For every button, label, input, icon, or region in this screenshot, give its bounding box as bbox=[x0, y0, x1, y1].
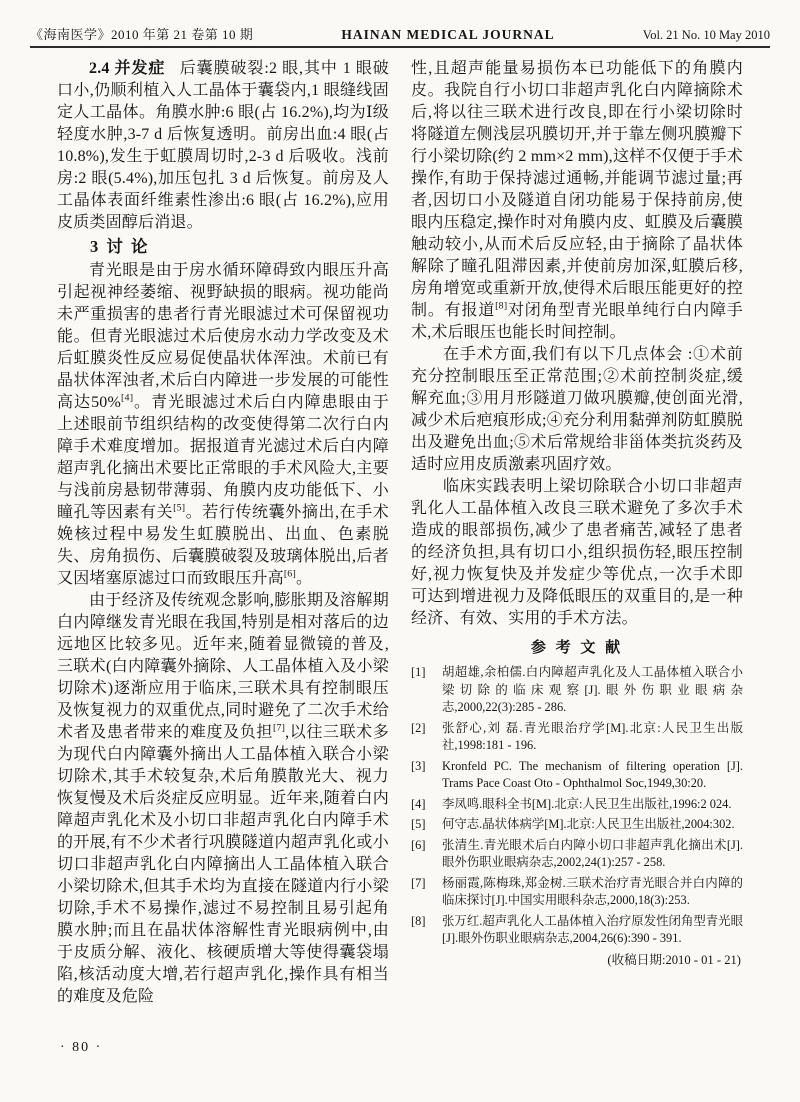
discussion-paragraph-2: 由于经济及传统观念影响,膨胀期及溶解期白内障继发青光眼在我国,特别是相对落后的边… bbox=[57, 590, 389, 1008]
reference-number: [5] bbox=[411, 816, 433, 834]
reference-number: [3] bbox=[411, 758, 433, 793]
received-date: (收稿日期:2010 - 01 - 21) bbox=[411, 951, 741, 969]
reference-text: 何守志.晶状体病学[M].北京:人民卫生出版社,2004:302. bbox=[442, 816, 743, 834]
discussion-paragraph-1: 青光眼是由于房水循环障碍致内眼压升高引起视神经萎缩、视野缺损的眼病。视功能尚未严… bbox=[57, 260, 389, 590]
header-divider bbox=[30, 46, 770, 48]
journal-issue-cn: 《海南医学》2010 年第 21 卷第 10 期 bbox=[30, 24, 253, 43]
reference-text: 杨丽霞,陈梅珠,郑金树.三联术治疗青光眼合并白内障的临床探讨[J].中国实用眼科… bbox=[442, 875, 743, 910]
reference-item: [3]Kronfeld PC. The mechanism of filteri… bbox=[411, 758, 743, 793]
reference-number: [4] bbox=[411, 796, 433, 814]
reference-text: 张清生.青光眼术后白内障小切口非超声乳化摘出术[J].眼外伤职业眼病杂志,200… bbox=[442, 837, 743, 872]
section-2-4-label: 2.4 并发症 bbox=[89, 60, 165, 77]
reference-item: [4]李凤鸣.眼科全书[M].北京:人民卫生出版社,1996:2 024. bbox=[411, 796, 743, 814]
references-list: [1]胡超雄,余柏儒.白内障超声乳化及人工晶体植入联合小梁切除的临床观察[J].… bbox=[411, 664, 743, 948]
reference-number: [1] bbox=[411, 664, 433, 717]
reference-item: [1]胡超雄,余柏儒.白内障超声乳化及人工晶体植入联合小梁切除的临床观察[J].… bbox=[411, 664, 743, 717]
reference-text: Kronfeld PC. The mechanism of filtering … bbox=[442, 758, 743, 793]
surgical-points-paragraph: 在手术方面,我们有以下几点体会 :①术前充分控制眼压至正常范围;②术前控制炎症,… bbox=[411, 344, 743, 476]
page-number: · 80 · bbox=[60, 1040, 102, 1056]
journal-page: 《海南医学》2010 年第 21 卷第 10 期 HAINAN MEDICAL … bbox=[0, 0, 800, 1102]
left-column: 2.4 并发症后囊膜破裂:2 眼,其中 1 眼破口小,仍顺利植入人工晶体于囊袋内… bbox=[57, 58, 389, 1008]
reference-number: [7] bbox=[411, 875, 433, 910]
journal-volume-info: Vol. 21 No. 10 May 2010 bbox=[643, 28, 770, 43]
reference-text: 胡超雄,余柏儒.白内障超声乳化及人工晶体植入联合小梁切除的临床观察[J].眼外伤… bbox=[442, 664, 743, 717]
reference-item: [8]张万红.超声乳化人工晶体植入治疗原发性闭角型青光眼[J].眼外伤职业眼病杂… bbox=[411, 913, 743, 948]
right-column: 性,且超声能量易损伤本已功能低下的角膜内皮。我院自行小切口非超声乳化白内障摘除术… bbox=[411, 58, 743, 1008]
page-header: 《海南医学》2010 年第 21 卷第 10 期 HAINAN MEDICAL … bbox=[30, 24, 770, 43]
reference-item: [7]杨丽霞,陈梅珠,郑金树.三联术治疗青光眼合并白内障的临床探讨[J].中国实… bbox=[411, 875, 743, 910]
complications-paragraph: 2.4 并发症后囊膜破裂:2 眼,其中 1 眼破口小,仍顺利植入人工晶体于囊袋内… bbox=[57, 58, 389, 234]
reference-item: [5]何守志.晶状体病学[M].北京:人民卫生出版社,2004:302. bbox=[411, 816, 743, 834]
reference-text: 张万红.超声乳化人工晶体植入治疗原发性闭角型青光眼[J].眼外伤职业眼病杂志,2… bbox=[442, 913, 743, 948]
complications-text: 后囊膜破裂:2 眼,其中 1 眼破口小,仍顺利植入人工晶体于囊袋内,1 眼缝线固… bbox=[57, 60, 389, 231]
discussion-paragraph-2-continued: 性,且超声能量易损伤本已功能低下的角膜内皮。我院自行小切口非超声乳化白内障摘除术… bbox=[411, 58, 743, 344]
clinical-summary-paragraph: 临床实践表明上梁切除联合小切口非超声乳化人工晶体植入改良三联术避免了多次手术造成… bbox=[411, 476, 743, 630]
reference-number: [8] bbox=[411, 913, 433, 948]
reference-number: [2] bbox=[411, 720, 433, 755]
discussion-heading: 3 讨 论 bbox=[57, 236, 389, 258]
reference-number: [6] bbox=[411, 837, 433, 872]
references-heading: 参 考 文 献 bbox=[411, 638, 743, 658]
reference-item: [2]张舒心,刘 磊.青光眼治疗学[M].北京:人民卫生出版社,1998:181… bbox=[411, 720, 743, 755]
reference-text: 李凤鸣.眼科全书[M].北京:人民卫生出版社,1996:2 024. bbox=[442, 796, 743, 814]
journal-title-en: HAINAN MEDICAL JOURNAL bbox=[341, 27, 554, 43]
reference-text: 张舒心,刘 磊.青光眼治疗学[M].北京:人民卫生出版社,1998:181 - … bbox=[442, 720, 743, 755]
reference-item: [6]张清生.青光眼术后白内障小切口非超声乳化摘出术[J].眼外伤职业眼病杂志,… bbox=[411, 837, 743, 872]
article-body: 2.4 并发症后囊膜破裂:2 眼,其中 1 眼破口小,仍顺利植入人工晶体于囊袋内… bbox=[57, 58, 743, 1008]
